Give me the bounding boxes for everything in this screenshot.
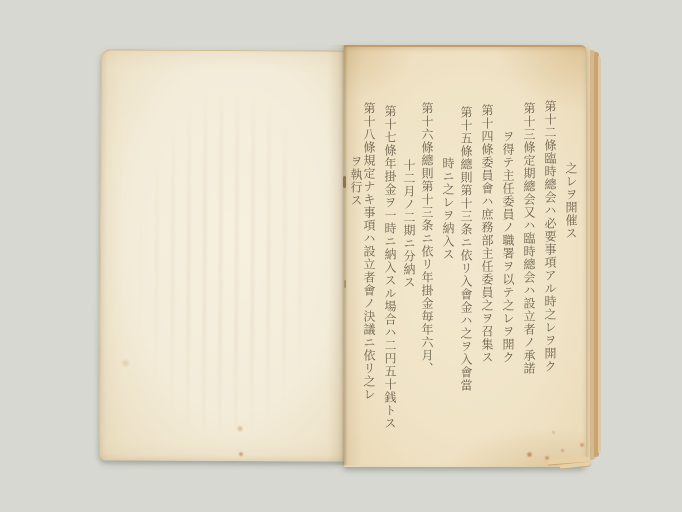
manuscript-column: 十二月ノ二期ニ分納ス <box>402 159 416 289</box>
manuscript-column: 第十四條委員會ハ庶務部主任委員之ヲ召集ス <box>480 104 494 364</box>
page-stack-edge <box>598 56 601 453</box>
foxing-spot <box>551 430 556 435</box>
manuscript-column: ヲ得テ主任委員ノ職署ヲ以テ之レヲ開ク <box>501 130 515 364</box>
binding-stitch <box>343 176 346 188</box>
manuscript-column: 之レヲ開催ス <box>564 162 578 240</box>
left-blank-page <box>99 49 348 461</box>
manuscript-column: 第十二條臨時總会ハ必要事項アル時之レヲ開ク <box>543 100 557 373</box>
manuscript-column: 第十八條規定ナキ事項ハ設立者會ノ決議ニ依リ之レ <box>362 102 376 401</box>
show-through-text-ghost <box>138 96 315 432</box>
foxing-spot <box>579 442 585 448</box>
foxing-spot <box>238 451 244 457</box>
foxing-spot <box>526 451 533 458</box>
foxing-spot <box>120 358 130 367</box>
manuscript-column: 第十六條總則第十三条ニ依リ年掛金毎年六月、 <box>420 102 434 375</box>
binding-stitch <box>344 280 346 288</box>
right-manuscript-page: 之レヲ開催ス 第十二條臨時總会ハ必要事項アル時之レヲ開ク 第十三條定期總会又ハ臨… <box>344 45 586 467</box>
manuscript-column: 第十五條總則第十三条ニ依リ入會金ハ之ヲ入會當 <box>459 106 473 392</box>
foxing-spot <box>560 448 565 453</box>
manuscript-column: ヲ執行ス <box>349 155 363 207</box>
manuscript-column: 第十三條定期總会又ハ臨時總会ハ設立者ノ承諾 <box>522 102 536 375</box>
photo-backdrop: 之レヲ開催ス 第十二條臨時總会ハ必要事項アル時之レヲ開ク 第十三條定期總会又ハ臨… <box>0 0 682 512</box>
manuscript-column: 時ニ之レヲ納入ス <box>441 157 455 261</box>
manuscript-column: 第十七條年掛金ヲ一時ニ納入スル場合ハ二円五十銭トス <box>383 105 397 430</box>
